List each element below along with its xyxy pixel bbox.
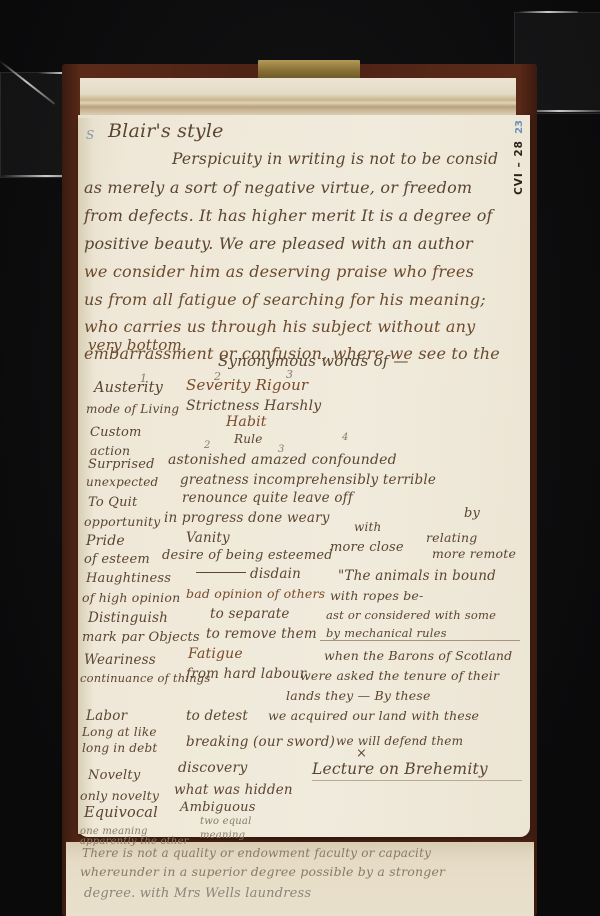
term-of-esteem: of esteem (84, 552, 150, 567)
syn-haughtiness: disdain (250, 566, 301, 582)
paragraph-line-5: we consider him as deserving praise who … (84, 262, 474, 281)
term-long-in-debt: long in debt (82, 741, 157, 755)
syn-of-esteem: desire of being esteemed (162, 548, 333, 563)
note-by: by (464, 506, 480, 521)
term-haughtiness: Haughtiness (86, 571, 171, 586)
syn-to-quit: renounce quite leave off (182, 490, 353, 506)
number-4: 4 (342, 432, 349, 443)
syn-pride: Vanity (186, 530, 230, 546)
term-mode-of-living: mode of Living (86, 402, 179, 416)
syn-equivocal: Ambiguous (180, 800, 256, 815)
syn-custom: Habit (226, 414, 267, 430)
number-2b: 2 (204, 440, 211, 451)
term-pride: Pride (86, 533, 125, 549)
lower-page-line-3: degree. with Mrs Wells laundress (84, 886, 311, 901)
paragraph-line-1: Perspicuity in writing is not to be cons… (172, 150, 498, 168)
term-long-at-like: Long at like (82, 725, 157, 739)
term-mark-par-objects: mark par Objects (82, 630, 200, 645)
lecture-underline (312, 780, 522, 781)
quote-line-4: by mechanical rules (326, 626, 447, 640)
syn-mark-par-objects: to remove them (206, 626, 317, 642)
term-action: action (90, 443, 130, 458)
quote-line-3: ast or considered with some (326, 608, 496, 622)
paragraph-line-7: who carries us through his subject witho… (84, 317, 475, 336)
syn-surprised: astonished amazed confounded (168, 452, 397, 468)
note-x-mark: × (356, 746, 367, 761)
term-austerity: Austerity (94, 380, 163, 396)
note-with: with (354, 520, 381, 534)
term-opportunity: opportunity (84, 514, 160, 529)
term-unexpected: unexpected (86, 475, 158, 489)
term-to-quit: To Quit (88, 495, 137, 510)
term-novelty: Novelty (88, 768, 140, 783)
syn-continuance: from hard labour (186, 666, 306, 682)
lower-page-line-2: whereunder in a superior degree possible… (80, 864, 445, 879)
paragraph-line-2: as merely a sort of negative virtue, or … (84, 178, 472, 197)
note-more-close: more close (330, 540, 404, 555)
syn-austerity: Severity Rigour (186, 376, 308, 394)
syn-labor: to detest (186, 708, 248, 724)
catalogue-stamp: 23 CVI – 28 (506, 120, 532, 210)
note-relating: relating (426, 530, 478, 545)
syn-unexpected: greatness incomprehensibly terrible (180, 472, 436, 488)
quote-line-1: "The animals in bound (338, 568, 496, 584)
term-only-novelty: only novelty (80, 788, 159, 803)
term-labor: Labor (86, 708, 127, 724)
syn-only-novelty: what was hidden (174, 782, 293, 798)
divider-line (320, 640, 520, 641)
term-of-high-opinion: of high opinion (82, 590, 180, 605)
paragraph-line-4: positive beauty. We are pleased with an … (84, 234, 473, 253)
scotland-line-4: we acquired our land with these (268, 708, 479, 723)
strikethrough (196, 572, 246, 573)
scotland-line-3: lands they — By these (286, 688, 431, 703)
page-heading: Blair's style (108, 120, 224, 142)
catalogue-reference: CVI – 28 (513, 140, 525, 195)
note-more-remote: more remote (432, 546, 516, 561)
folio-number: 23 (514, 120, 525, 134)
syn-action: Rule (234, 432, 263, 446)
term-weariness: Weariness (84, 652, 156, 668)
syn-distinguish: to separate (210, 606, 290, 622)
syn-opportunity: in progress done weary (164, 510, 330, 526)
syn-novelty: discovery (178, 760, 248, 776)
term-equivocal: Equivocal (84, 805, 158, 821)
term-custom: Custom (90, 425, 142, 440)
scotland-line-2: were asked the tenure of their (300, 668, 499, 683)
synonyms-heading: Synonymous words of — (218, 352, 409, 370)
lower-page-line-1: There is not a quality or endowment facu… (82, 846, 431, 860)
syn-of-high-opinion: bad opinion of others (186, 586, 325, 601)
paragraph-line-9: very bottom. (88, 336, 187, 354)
scotland-line-1: when the Barons of Scotland (324, 648, 512, 663)
term-surprised: Surprised (88, 457, 155, 472)
syn-two-equal: two equal (200, 816, 252, 827)
syn-mode-of-living: Strictness Harshly (186, 398, 321, 414)
term-distinguish: Distinguish (88, 610, 168, 626)
note-lecture: Lecture on Brehemity (312, 760, 488, 778)
paragraph-line-3: from defects. It has higher merit It is … (84, 206, 493, 225)
page-top-edge (80, 78, 516, 118)
quote-line-2: with ropes be- (330, 588, 423, 603)
paragraph-line-6: us from all fatigue of searching for his… (84, 290, 486, 309)
syn-weariness: Fatigue (188, 646, 243, 662)
syn-long-at-like: breaking (our sword) (186, 734, 335, 750)
margin-note: S (86, 128, 94, 142)
syn-meaning: meaning (200, 830, 245, 841)
brass-clasp (258, 60, 360, 78)
